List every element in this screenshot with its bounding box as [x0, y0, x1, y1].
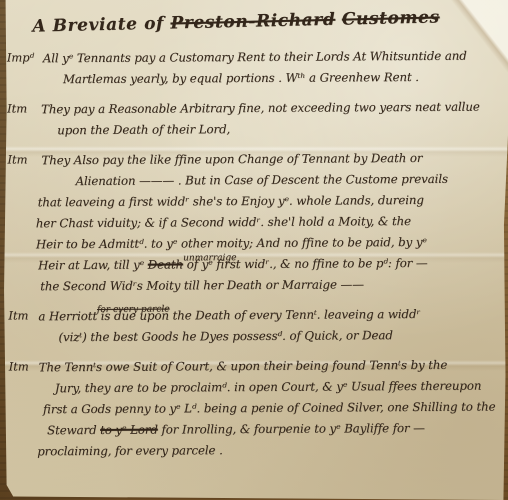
manuscript-line: Steward to yᵉ Lord for Inrolling, & four…	[47, 418, 499, 442]
entry-2: ItmThey pay a Reasonable Arbitrary fine,…	[7, 97, 497, 142]
manuscript-line: her Chast viduity; & if a Second widdʳ. …	[36, 211, 498, 235]
document-body: ImpᵈAll yᵉ Tennants pay a Customary Rent…	[7, 46, 502, 463]
struck-text: Preston-Richard	[170, 10, 335, 34]
entry-content: They pay a Reasonable Arbitrary fine, no…	[37, 97, 497, 142]
entry-5: ItmThe Tennᵗs owe Suit of Court, & upon …	[9, 355, 500, 463]
manuscript-line: They pay a Reasonable Arbitrary fine, no…	[41, 97, 497, 121]
manuscript-line: Jury, they are to be proclaimᵈ. in open …	[55, 376, 499, 400]
struck-text: to yᵉ Lord	[100, 423, 158, 437]
manuscript-line: Heir at Law, till yᵉ Deathunmarraige of …	[38, 253, 498, 277]
entry-3: ItmThey Also pay the like ffine upon Cha…	[7, 148, 498, 298]
entry-4: Itma Herriottfor every parcle is due upo…	[8, 304, 498, 349]
struck-text: Death	[148, 257, 183, 271]
entry-label: Itm	[7, 99, 37, 141]
entry-content: The Tennᵗs owe Suit of Court, & upon the…	[39, 355, 500, 463]
entry-content: They Also pay the like ffine upon Change…	[37, 148, 498, 298]
manuscript-line: Heir to be Admittᵈ. to yᵉ other moity; A…	[36, 232, 498, 256]
manuscript-line: All yᵉ Tennants pay a Customary Rent to …	[43, 46, 497, 70]
manuscript-line: upon the Death of their Lord,	[57, 118, 497, 142]
entry-content: All yᵉ Tennants pay a Customary Rent to …	[37, 46, 497, 91]
entry-label: Impᵈ	[7, 48, 37, 90]
manuscript-line: (vizᵗ) the best Goods he Dyes possessᵈ. …	[58, 325, 498, 349]
entry-1: ImpᵈAll yᵉ Tennants pay a Customary Rent…	[7, 46, 497, 91]
manuscript-line: that leaveing a first widdʳ she's to Enj…	[38, 190, 498, 214]
manuscript-paper: A Breviate of Preston-Richard Customes I…	[0, 0, 508, 500]
manuscript-line: first a Gods penny to yᵉ Lᵈ. being a pen…	[43, 397, 499, 421]
manuscript-line: Martlemas yearly, by equal portions . Wᵗ…	[63, 67, 497, 91]
manuscript-line: a Herriottfor every parcle is due upon t…	[38, 304, 498, 328]
manuscript-line: The Tennᵗs owe Suit of Court, & upon the…	[39, 355, 499, 379]
manuscript-line: They Also pay the like ffine upon Change…	[41, 148, 497, 172]
manuscript-line: Alienation ——— . But in Case of Descent …	[75, 169, 497, 193]
manuscript-line: proclaiming, for every parcele .	[37, 439, 499, 463]
entry-label: Itm	[9, 357, 40, 462]
document-title: A Breviate of Preston-Richard Customes	[8, 7, 464, 37]
entry-label: Itm	[8, 306, 38, 348]
struck-text: Customes	[342, 7, 440, 29]
manuscript-line: the Second Widʳs Moity till her Death or…	[40, 274, 498, 298]
entry-label: Itm	[7, 150, 38, 297]
entry-content: a Herriottfor every parcle is due upon t…	[38, 304, 498, 349]
